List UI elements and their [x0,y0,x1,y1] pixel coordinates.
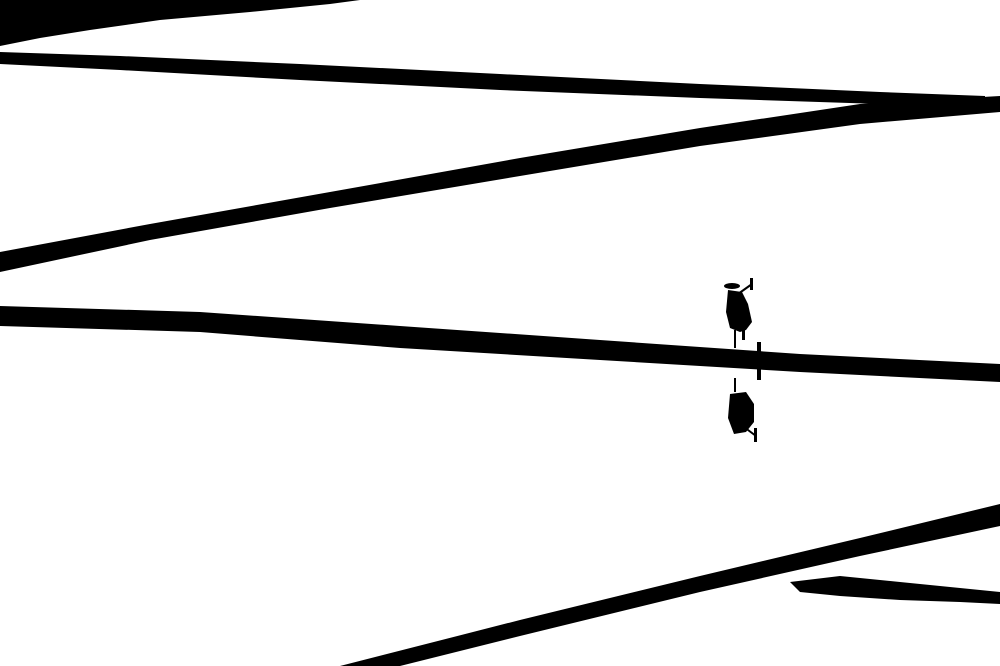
terrace-photo [0,0,1000,666]
